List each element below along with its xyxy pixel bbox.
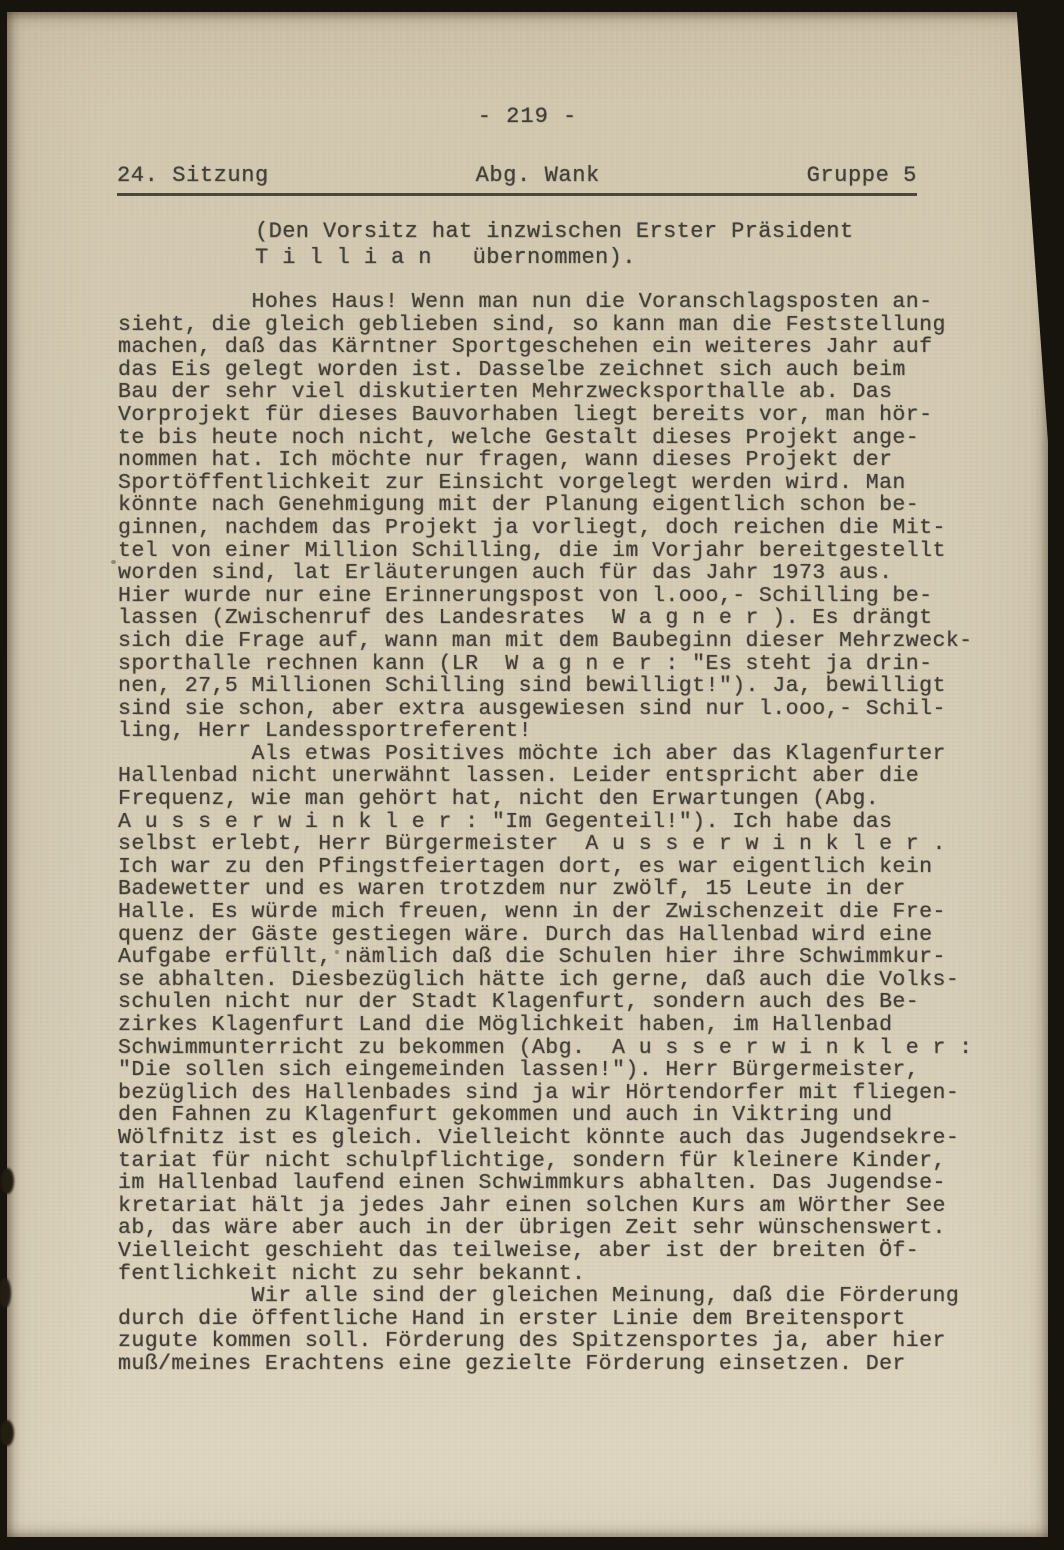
text-line: Frequenz, wie man gehört hat, nicht den …	[118, 788, 973, 811]
text-line: "Die sollen sich eingemeinden lassen!").…	[118, 1059, 973, 1082]
text-line: Wölfnitz ist es gleich. Vielleicht könnt…	[118, 1127, 973, 1150]
text-line: worden sind, lat Erläuterungen auch für …	[118, 562, 973, 585]
session-header: 24. Sitzung Abg. Wank Gruppe 5	[117, 163, 917, 196]
text-line: (Den Vorsitz hat inzwischen Erster Präsi…	[255, 219, 854, 245]
speaker-name-label: Abg. Wank	[476, 163, 600, 188]
text-line: sporthalle rechnen kann (LR W a g n e r …	[118, 653, 973, 676]
text-line: nen, 27,5 Millionen Schilling sind bewil…	[118, 675, 973, 698]
paper-sheet: - 219 - 24. Sitzung Abg. Wank Gruppe 5 (…	[7, 12, 1048, 1537]
text-line: fentlichkeit nicht zu sehr bekannt.	[118, 1263, 973, 1286]
paper-speck	[335, 950, 339, 954]
text-line: A u s s e r w i n k l e r : "Im Gegentei…	[118, 811, 973, 834]
scan-edge-top	[0, 0, 1064, 12]
text-line: ling, Herr Landessportreferent!	[118, 720, 973, 743]
text-line: durch die öffentliche Hand in erster Lin…	[118, 1308, 973, 1331]
text-line: das Eis gelegt worden ist. Dasselbe zeic…	[118, 359, 973, 382]
scan-edge-bottom	[0, 1537, 1064, 1550]
scan-edge-left	[0, 0, 7, 1550]
text-line: könnte nach Genehmigung mit der Planung …	[118, 494, 973, 517]
text-line: Vorprojekt für dieses Bauvorhaben liegt …	[118, 404, 973, 427]
text-line: Vielleicht geschieht das teilweise, aber…	[118, 1240, 973, 1263]
session-number-label: 24. Sitzung	[117, 163, 269, 188]
paper-speck	[111, 560, 116, 564]
text-line: zugute kommen soll. Förderung des Spitze…	[118, 1330, 973, 1353]
binding-mark	[1, 1168, 14, 1194]
scanned-document-page: - 219 - 24. Sitzung Abg. Wank Gruppe 5 (…	[0, 0, 1064, 1550]
text-line: ab, das wäre aber auch in der übrigen Ze…	[118, 1217, 973, 1240]
text-line: schulen nicht nur der Stadt Klagenfurt, …	[118, 991, 973, 1014]
text-line: bezüglich des Hallenbades sind ja wir Hö…	[118, 1082, 973, 1105]
text-line: nommen hat. Ich möchte nur fragen, wann …	[118, 449, 973, 472]
text-line: quenz der Gäste gestiegen wäre. Durch da…	[118, 924, 973, 947]
text-line: Ich war zu den Pfingstfeiertagen dort, e…	[118, 856, 973, 879]
page-number: - 219 -	[7, 104, 1048, 129]
text-line: Als etwas Positives möchte ich aber das …	[118, 743, 973, 766]
text-line: te bis heute noch nicht, welche Gestalt …	[118, 427, 973, 450]
text-line: Aufgabe erfüllt, nämlich daß die Schulen…	[118, 946, 973, 969]
text-line: Halle. Es würde mich freuen, wenn in der…	[118, 901, 973, 924]
text-line: Hier wurde nur eine Erinnerungspost von …	[118, 585, 973, 608]
text-line: zirkes Klagenfurt Land die Möglichkeit h…	[118, 1014, 973, 1037]
scan-edge-right	[1048, 0, 1064, 1550]
group-label: Gruppe 5	[807, 163, 917, 188]
text-line: selbst erlebt, Herr Bürgermeister A u s …	[118, 833, 973, 856]
text-line: T i l l i a n übernommen).	[255, 245, 854, 271]
text-line: sieht, die gleich geblieben sind, so kan…	[118, 314, 973, 337]
text-line: sind sie schon, aber extra ausgewiesen s…	[118, 698, 973, 721]
text-line: Hohes Haus! Wenn man nun die Voranschlag…	[118, 291, 973, 314]
text-line: se abhalten. Diesbezüglich hätte ich ger…	[118, 969, 973, 992]
text-line: Schwimmunterricht zu bekommen (Abg. A u …	[118, 1037, 973, 1060]
text-line: Wir alle sind der gleichen Meinung, daß …	[118, 1285, 973, 1308]
text-line: Bau der sehr viel diskutierten Mehrzweck…	[118, 381, 973, 404]
text-line: ginnen, nachdem das Projekt ja vorliegt,…	[118, 517, 973, 540]
binding-mark	[0, 1420, 14, 1446]
text-line: lassen (Zwischenruf des Landesrates W a …	[118, 607, 973, 630]
text-line: im Hallenbad laufend einen Schwimmkurs a…	[118, 1172, 973, 1195]
text-line: muß/meines Erachtens eine gezielte Förde…	[118, 1353, 973, 1376]
speech-body: Hohes Haus! Wenn man nun die Voranschlag…	[118, 291, 973, 1376]
text-line: Badewetter und es waren trotzdem nur zwö…	[118, 878, 973, 901]
text-line: tariat für nicht schulpflichtige, sonder…	[118, 1150, 973, 1173]
text-line: machen, daß das Kärntner Sportgeschehen …	[118, 336, 973, 359]
text-line: kretariat hält ja jedes Jahr einen solch…	[118, 1195, 973, 1218]
text-line: den Fahnen zu Klagenfurt gekommen und au…	[118, 1104, 973, 1127]
text-line: Sportöffentlichkeit zur Einsicht vorgele…	[118, 472, 973, 495]
text-line: Hallenbad nicht unerwähnt lassen. Leider…	[118, 765, 973, 788]
chair-change-note: (Den Vorsitz hat inzwischen Erster Präsi…	[255, 219, 854, 271]
text-line: tel von einer Million Schilling, die im …	[118, 540, 973, 563]
text-line: sich die Frage auf, wann man mit dem Bau…	[118, 630, 973, 653]
